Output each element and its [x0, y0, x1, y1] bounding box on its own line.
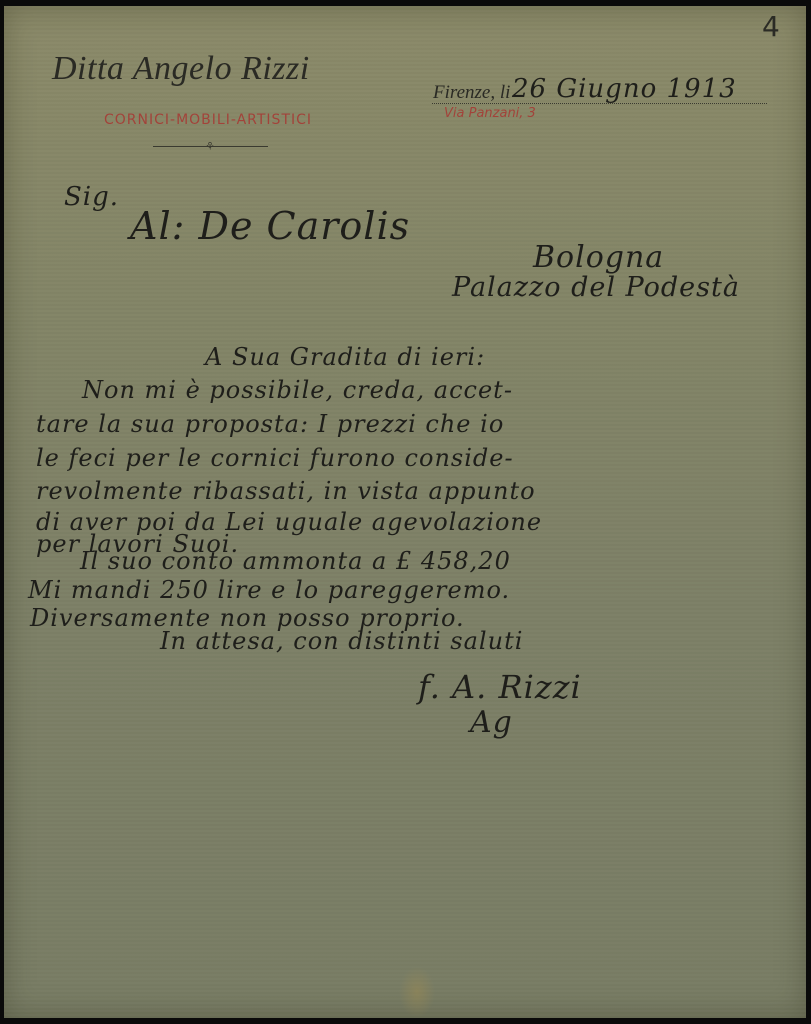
body-line: In attesa, con distinti saluti	[160, 627, 523, 655]
handwritten-date: 26 Giugno 1913	[512, 74, 737, 104]
salutation: Sig.	[64, 182, 119, 212]
body-line: Non mi è possibile, creda, accet-	[82, 376, 513, 404]
body-line: Il suo conto ammonta a £ 458,20	[80, 547, 511, 575]
letterhead-company-name: Ditta Angelo Rizzi	[52, 50, 310, 88]
recipient-city: Bologna	[533, 240, 664, 275]
letterhead-tagline: CORNICI-MOBILI-ARTISTICI	[104, 112, 312, 128]
body-line: le feci per le cornici furono conside-	[36, 444, 514, 472]
recipient-location: Palazzo del Podestà	[452, 272, 740, 303]
letterhead-address: Via Panzani, 3	[444, 106, 536, 121]
body-line: revolmente ribassati, in vista appunto	[36, 477, 536, 505]
signature: f. A. Rizzi	[418, 668, 582, 706]
paper-stain	[399, 966, 435, 1018]
body-line: Mi mandi 250 lire e lo pareggeremo.	[28, 576, 510, 604]
letterhead-city: Firenze, li	[433, 82, 510, 104]
signature-initials: Ag	[470, 705, 513, 740]
page-number: 4	[762, 10, 780, 43]
body-line: A Sua Gradita di ieri:	[205, 343, 485, 371]
body-line: tare la sua proposta: I prezzi che io	[36, 410, 504, 438]
ornament-icon: ⚘	[205, 140, 215, 153]
recipient-name: Al: De Carolis	[130, 204, 410, 248]
